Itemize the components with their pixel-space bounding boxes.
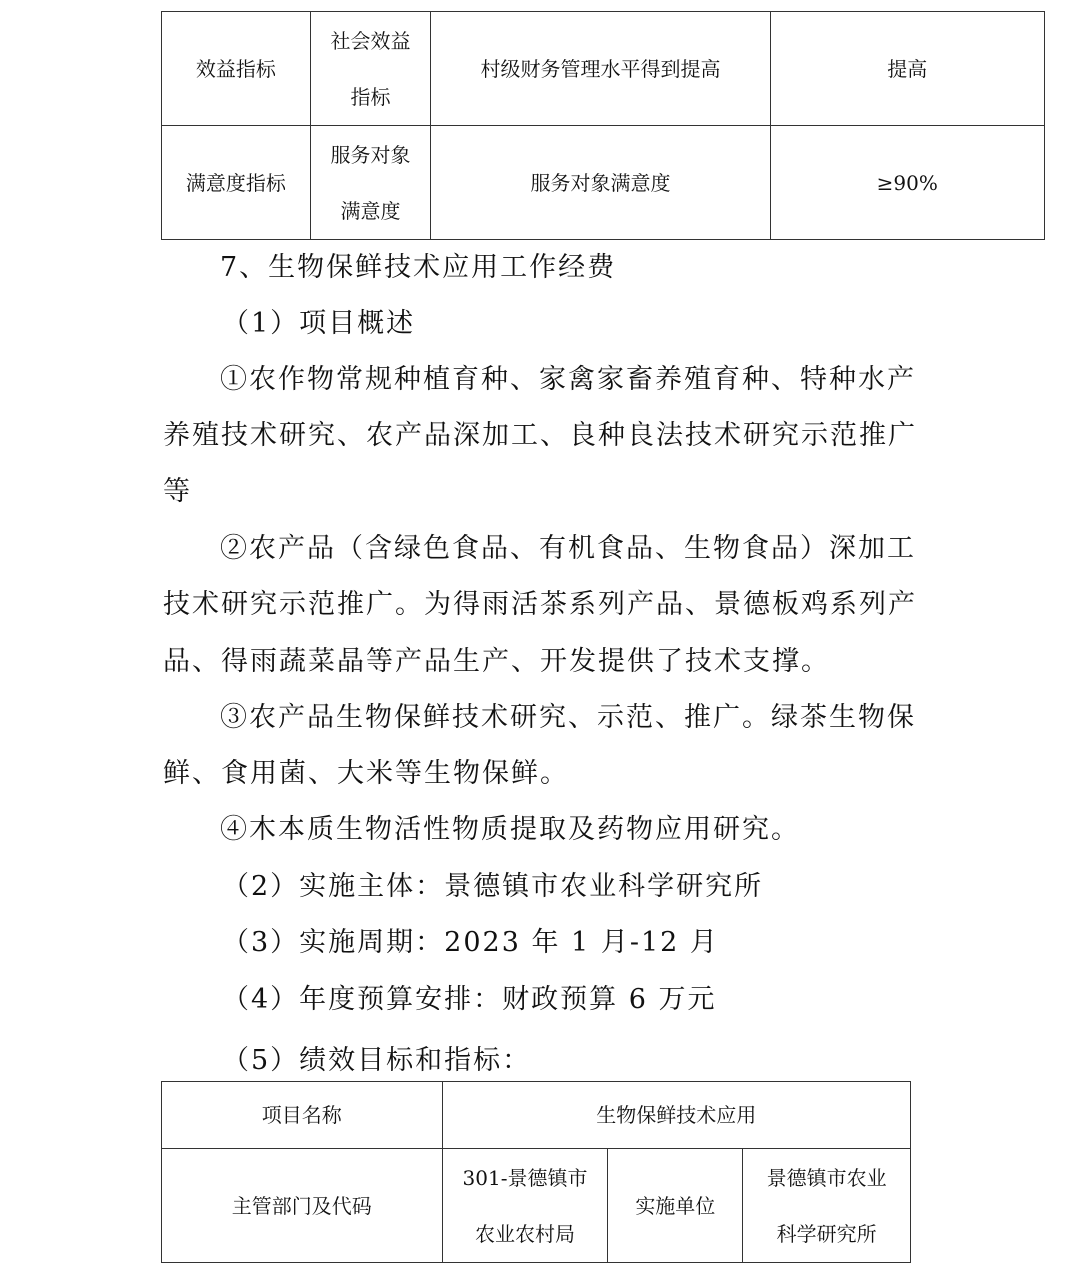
item2-line: 品、得雨蔬菜晶等产品生产、开发提供了技术支撑。 bbox=[163, 634, 830, 690]
subcategory-line: 指标 bbox=[311, 69, 431, 125]
target-cell: ≥90% bbox=[770, 126, 1044, 240]
dept-value: 301-景德镇市 农业农村局 bbox=[442, 1149, 608, 1263]
project-info-table: 项目名称 生物保鲜技术应用 主管部门及代码 301-景德镇市 农业农村局 实施单… bbox=[161, 1081, 911, 1263]
subcategory-line: 社会效益 bbox=[311, 13, 431, 69]
project-name-value: 生物保鲜技术应用 bbox=[442, 1082, 910, 1149]
impl-unit-value-line: 科学研究所 bbox=[743, 1206, 910, 1262]
category-cell: 效益指标 bbox=[162, 12, 311, 126]
table-row: 项目名称 生物保鲜技术应用 bbox=[162, 1082, 911, 1149]
period-line: （3）实施周期：2023 年 1 月-12 月 bbox=[222, 915, 719, 971]
implementer-line: （2）实施主体：景德镇市农业科学研究所 bbox=[222, 859, 763, 915]
dept-value-line: 301-景德镇市 bbox=[443, 1150, 608, 1206]
item3-line: ③农产品生物保鲜技术研究、示范、推广。绿茶生物保 bbox=[220, 690, 916, 746]
section-heading: 7、生物保鲜技术应用工作经费 bbox=[220, 240, 616, 296]
impl-unit-value: 景德镇市农业 科学研究所 bbox=[743, 1149, 911, 1263]
impl-unit-label: 实施单位 bbox=[608, 1149, 743, 1263]
subcategory-line: 满意度 bbox=[311, 183, 431, 239]
subcategory-cell: 社会效益 指标 bbox=[310, 12, 431, 126]
item1-line: ①农作物常规种植育种、家禽家畜养殖育种、特种水产 bbox=[220, 352, 916, 408]
item2-line: ②农产品（含绿色食品、有机食品、生物食品）深加工 bbox=[220, 521, 916, 577]
item1-line: 等 bbox=[163, 464, 192, 520]
table-row: 主管部门及代码 301-景德镇市 农业农村局 实施单位 景德镇市农业 科学研究所 bbox=[162, 1149, 911, 1263]
item1-line: 养殖技术研究、农产品深加工、良种良法技术研究示范推广 bbox=[163, 408, 917, 464]
indicator-cell: 村级财务管理水平得到提高 bbox=[431, 12, 770, 126]
indicator-cell: 服务对象满意度 bbox=[431, 126, 770, 240]
item3-line: 鲜、食用菌、大米等生物保鲜。 bbox=[163, 746, 569, 802]
item4-line: ④木本质生物活性物质提取及药物应用研究。 bbox=[220, 802, 800, 858]
category-cell: 满意度指标 bbox=[162, 126, 311, 240]
subcategory-line: 服务对象 bbox=[311, 127, 431, 183]
table-row: 满意度指标 服务对象 满意度 服务对象满意度 ≥90% bbox=[162, 126, 1045, 240]
dept-label: 主管部门及代码 bbox=[162, 1149, 443, 1263]
performance-indicator-table: 效益指标 社会效益 指标 村级财务管理水平得到提高 提高 满意度指标 服务对象 … bbox=[161, 11, 1045, 240]
impl-unit-value-line: 景德镇市农业 bbox=[743, 1150, 910, 1206]
table-row: 效益指标 社会效益 指标 村级财务管理水平得到提高 提高 bbox=[162, 12, 1045, 126]
subsection-overview: （1）项目概述 bbox=[222, 296, 415, 352]
budget-line: （4）年度预算安排：财政预算 6 万元 bbox=[222, 972, 717, 1028]
target-cell: 提高 bbox=[770, 12, 1044, 126]
project-name-label: 项目名称 bbox=[162, 1082, 443, 1149]
dept-value-line: 农业农村局 bbox=[443, 1206, 608, 1262]
item2-line: 技术研究示范推广。为得雨活茶系列产品、景德板鸡系列产 bbox=[163, 577, 917, 633]
subcategory-cell: 服务对象 满意度 bbox=[310, 126, 431, 240]
